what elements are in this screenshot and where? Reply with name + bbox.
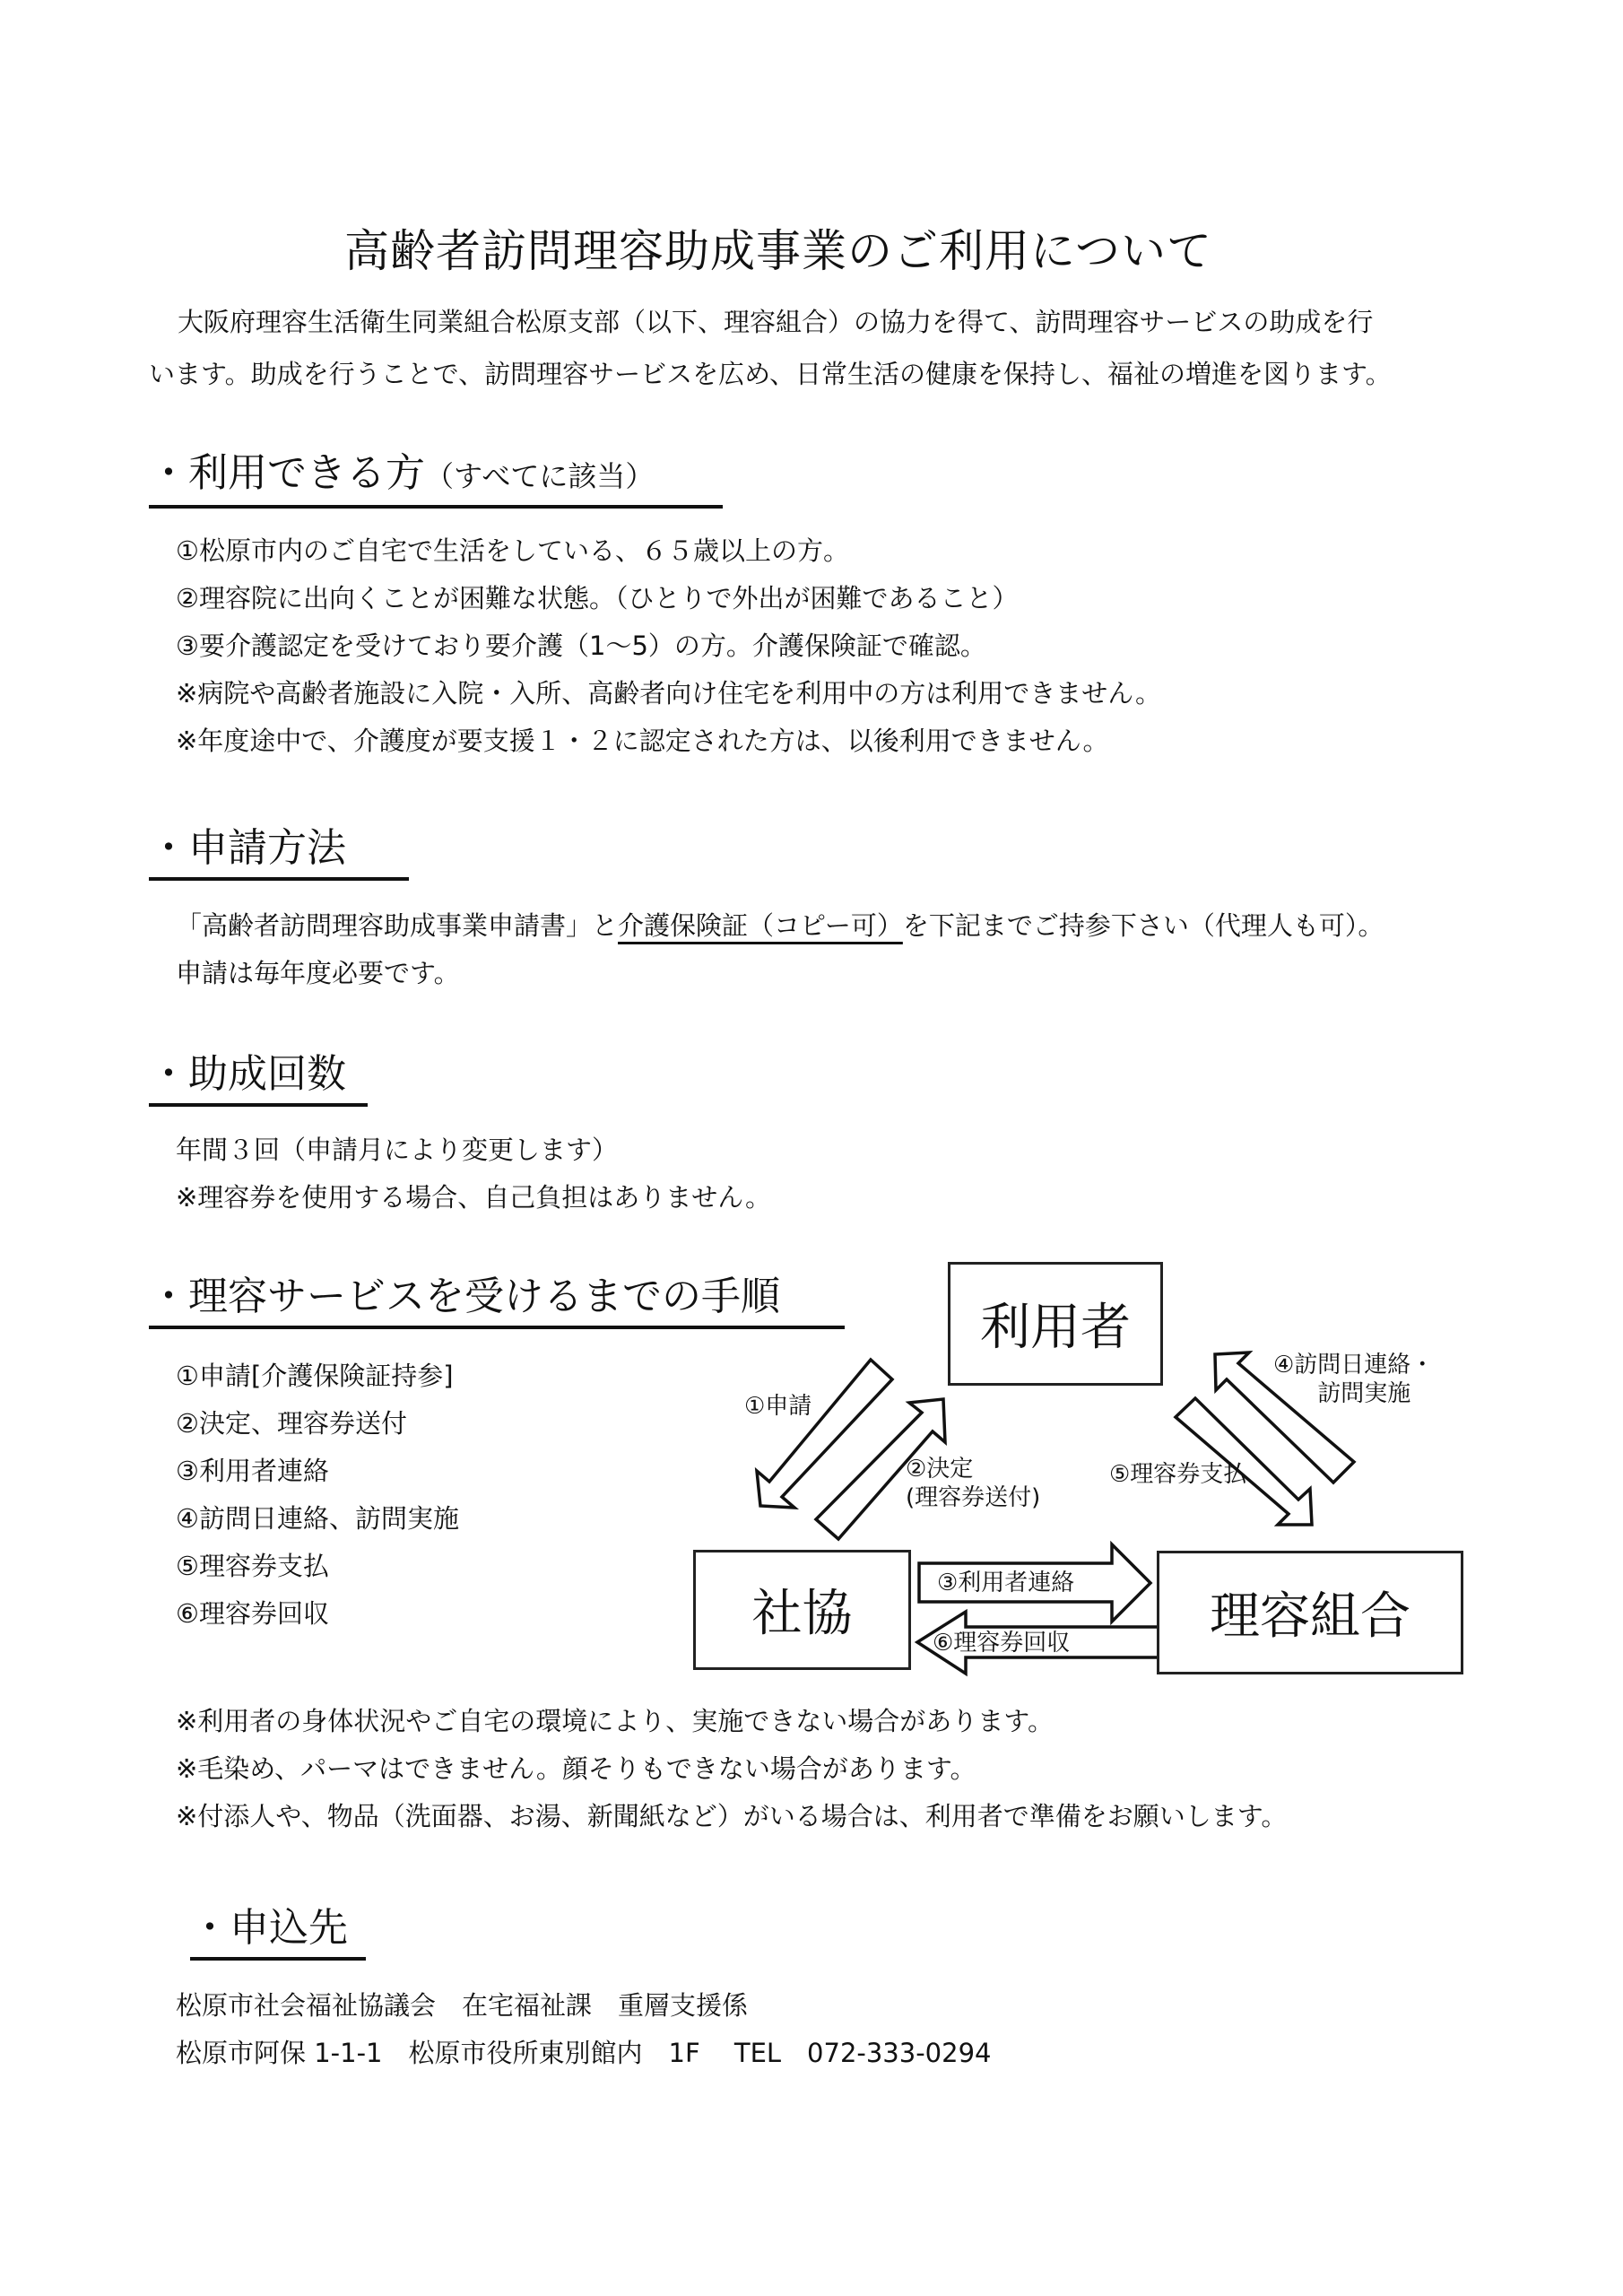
arrow-label-visit: ④訪問日連絡・ 訪問実施 — [1273, 1351, 1434, 1408]
procedure-note: ※付添人や、物品（洗面器、お湯、新聞紙など）がいる場合は、利用者で準備をお願いし… — [176, 1793, 1287, 1840]
arrow-label-payment: ⑤理容券支払 — [1109, 1460, 1246, 1489]
node-shakyo: 社協 — [693, 1550, 911, 1670]
node-union-label: 理容組合 — [1210, 1577, 1410, 1648]
arrow-label-ticket-collection: ⑥理容券回収 — [933, 1629, 1070, 1657]
procedure-note: ※利用者の身体状況やご自宅の環境により、実施できない場合があります。 — [176, 1698, 1287, 1745]
procedure-note: ※毛染め、パーマはできません。顔そりもできない場合があります。 — [176, 1745, 1287, 1793]
node-union: 理容組合 — [1157, 1551, 1463, 1674]
arrow-label-visit-line2: 訪問実施 — [1273, 1379, 1434, 1408]
node-user-label: 利用者 — [980, 1288, 1131, 1360]
node-user: 利用者 — [948, 1262, 1163, 1386]
arrow-label-decision: ②決定 (理容券送付) — [906, 1455, 1040, 1512]
arrow-label-user-contact: ③利用者連絡 — [937, 1569, 1074, 1597]
contact-address-phone: 松原市阿保 1-1-1 松原市役所東別館内 1F TEL 072-333-029… — [176, 2030, 991, 2077]
contact-body: 松原市社会福祉協議会 在宅福祉課 重層支援係 松原市阿保 1-1-1 松原市役所… — [176, 1982, 991, 2077]
contact-organization: 松原市社会福祉協議会 在宅福祉課 重層支援係 — [176, 1982, 991, 2030]
heading-contact: ・申込先 — [190, 1903, 366, 1961]
procedure-notes: ※利用者の身体状況やご自宅の環境により、実施できない場合があります。 ※毛染め、… — [176, 1698, 1287, 1840]
arrow-label-visit-line1: ④訪問日連絡・ — [1273, 1351, 1434, 1379]
arrow-label-decision-line2: (理容券送付) — [906, 1483, 1040, 1512]
arrow-label-application: ①申請 — [744, 1392, 811, 1421]
node-shakyo-label: 社協 — [752, 1574, 853, 1646]
arrow-label-decision-line1: ②決定 — [906, 1455, 1040, 1483]
